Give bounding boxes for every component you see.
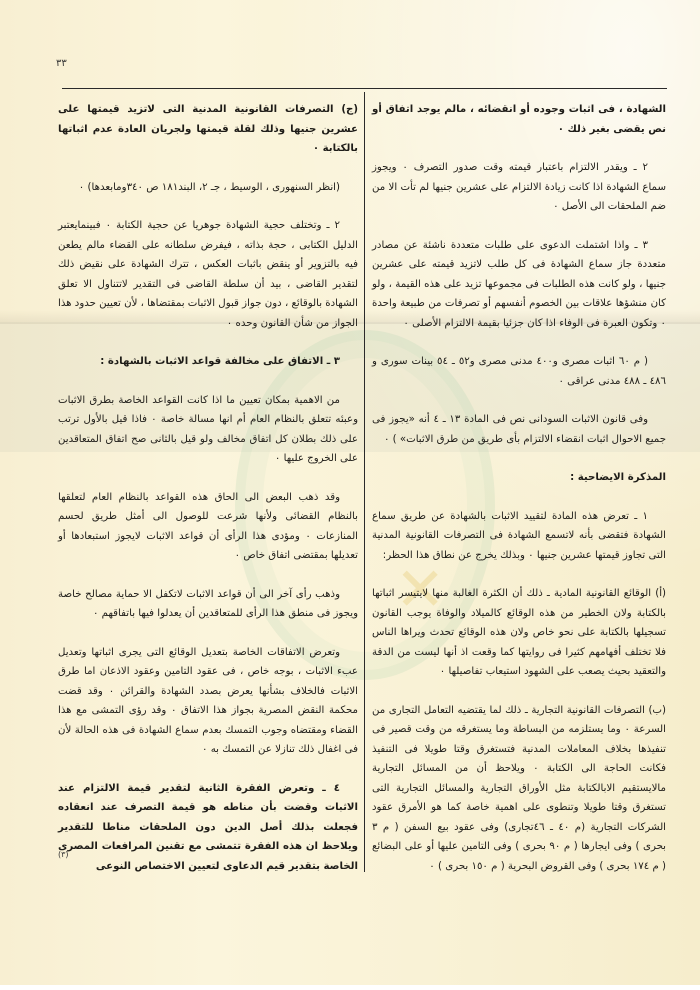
section-heading: المذكرة الايضاحية : bbox=[372, 468, 666, 488]
right-column: الشهادة ، فى اثبات وجوده أو انقضائه ، ما… bbox=[372, 100, 666, 876]
paragraph: وفى قانون الاثبات السودانى نص فى المادة … bbox=[372, 410, 666, 449]
paragraph: (ب) التصرفات القانونية التجارية ـ ذلك لم… bbox=[372, 701, 666, 877]
paragraph: الشهادة ، فى اثبات وجوده أو انقضائه ، ما… bbox=[372, 100, 666, 139]
paragraph: وذهب رأى آخر الى أن قواعد الاثبات لاتكفل… bbox=[58, 585, 358, 624]
paragraph: وقد ذهب البعض الى الحاق هذه القواعد بالن… bbox=[58, 488, 358, 566]
paragraph: (أ) الوقائع القانونية المادية ـ ذلك أن ا… bbox=[372, 584, 666, 682]
citation: ( م ٦٠ اثبات مصرى و٤٠٠ مدنى مصرى و٥٢ ـ ٥… bbox=[372, 352, 666, 391]
scan-margin bbox=[0, 985, 700, 990]
paragraph: ٢ ـ ويقدر الالتزام باعتبار قيمته وقت صدو… bbox=[372, 158, 666, 217]
header-rule bbox=[62, 88, 667, 89]
paragraph: ٤ ـ وتعرض الفقرة الثانية لتقدير قيمة الا… bbox=[58, 779, 358, 877]
paragraph: ٣ ـ واذا اشتملت الدعوى على طلبات متعددة … bbox=[372, 236, 666, 334]
paragraph: ١ ـ تعرض هذه المادة لتقييد الاثبات بالشه… bbox=[372, 507, 666, 566]
page-number: ٣٣ bbox=[56, 58, 67, 69]
section-heading: ٣ ـ الاتفاق على مخالفة قواعد الاثبات بال… bbox=[58, 352, 358, 372]
paragraph: من الاهمية بمكان تعيين ما اذا كانت القوا… bbox=[58, 391, 358, 469]
paragraph: وتعرض الاتفاقات الخاصة بتعديل الوقائع ال… bbox=[58, 643, 358, 760]
left-column: (ج) التصرفات القانونية المدنية التى لاتز… bbox=[58, 100, 358, 876]
paragraph: (ج) التصرفات القانونية المدنية التى لاتز… bbox=[58, 100, 358, 159]
paragraph: ٢ ـ وتختلف حجية الشهادة جوهريا عن حجية ا… bbox=[58, 216, 358, 333]
column-divider bbox=[364, 92, 365, 872]
citation: (انظر السنهورى ، الوسيط ، جـ ٢، البند١٨١… bbox=[58, 178, 358, 198]
footer-mark: (٣) bbox=[58, 850, 69, 859]
